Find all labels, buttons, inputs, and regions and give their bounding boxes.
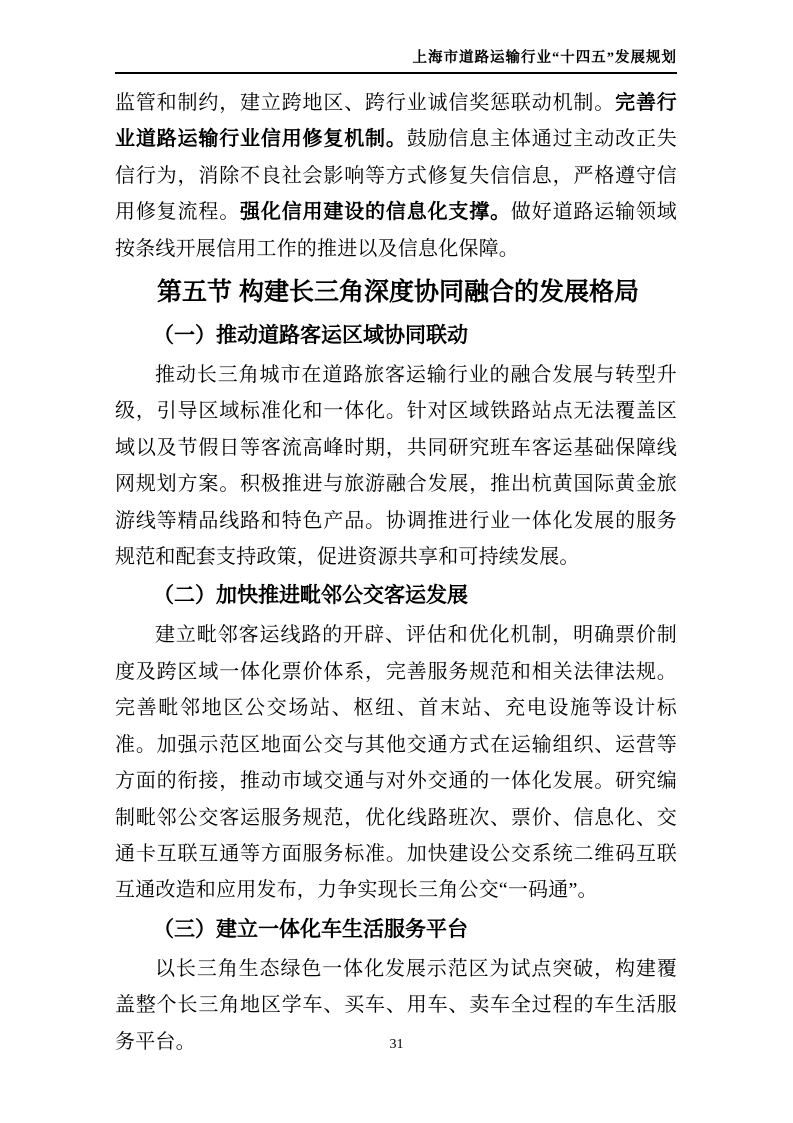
text-run: 监管和制约，建立跨地区、跨行业诚信奖惩联动机制。 — [115, 92, 615, 114]
paragraph: 建立毗邻客运线路的开辟、评估和优化机制，明确票价制度及跨区域一体化票价体系，完善… — [115, 617, 677, 908]
header-rule — [115, 72, 677, 74]
header-title: 上海市道路运输行业“十四五”发展规划 — [115, 48, 677, 68]
page-header: 上海市道路运输行业“十四五”发展规划 — [115, 48, 677, 74]
subsection-heading: （一）推动道路客运区域协同联动 — [115, 316, 677, 356]
document-body: 监管和制约，建立跨地区、跨行业诚信奖惩联动机制。完善行业道路运输行业信用修复机制… — [115, 85, 677, 1060]
text-run: 建立毗邻客运线路的开辟、评估和优化机制，明确票价制度及跨区域一体化票价体系，完善… — [115, 624, 677, 901]
paragraph: 推动长三角城市在道路旅客运输行业的融合发展与转型升级，引导区域标准化和一体化。针… — [115, 357, 677, 575]
paragraph: 监管和制约，建立跨地区、跨行业诚信奖惩联动机制。完善行业道路运输行业信用修复机制… — [115, 85, 677, 267]
text-run: 推动长三角城市在道路旅客运输行业的融合发展与转型升级，引导区域标准化和一体化。针… — [115, 364, 677, 568]
subsection-heading: （二）加快推进毗邻公交客运发展 — [115, 576, 677, 616]
page-number: 31 — [0, 1036, 793, 1054]
page-content: 上海市道路运输行业“十四五”发展规划 监管和制约，建立跨地区、跨行业诚信奖惩联动… — [115, 48, 677, 1060]
subsection-heading: （三）建立一体化车生活服务平台 — [115, 910, 677, 950]
document-page: 上海市道路运输行业“十四五”发展规划 监管和制约，建立跨地区、跨行业诚信奖惩联动… — [0, 0, 793, 1123]
section-heading: 第五节 构建长三角深度协同融合的发展格局 — [115, 270, 677, 314]
bold-text-run: 强化信用建设的信息化支撑。 — [240, 201, 511, 223]
